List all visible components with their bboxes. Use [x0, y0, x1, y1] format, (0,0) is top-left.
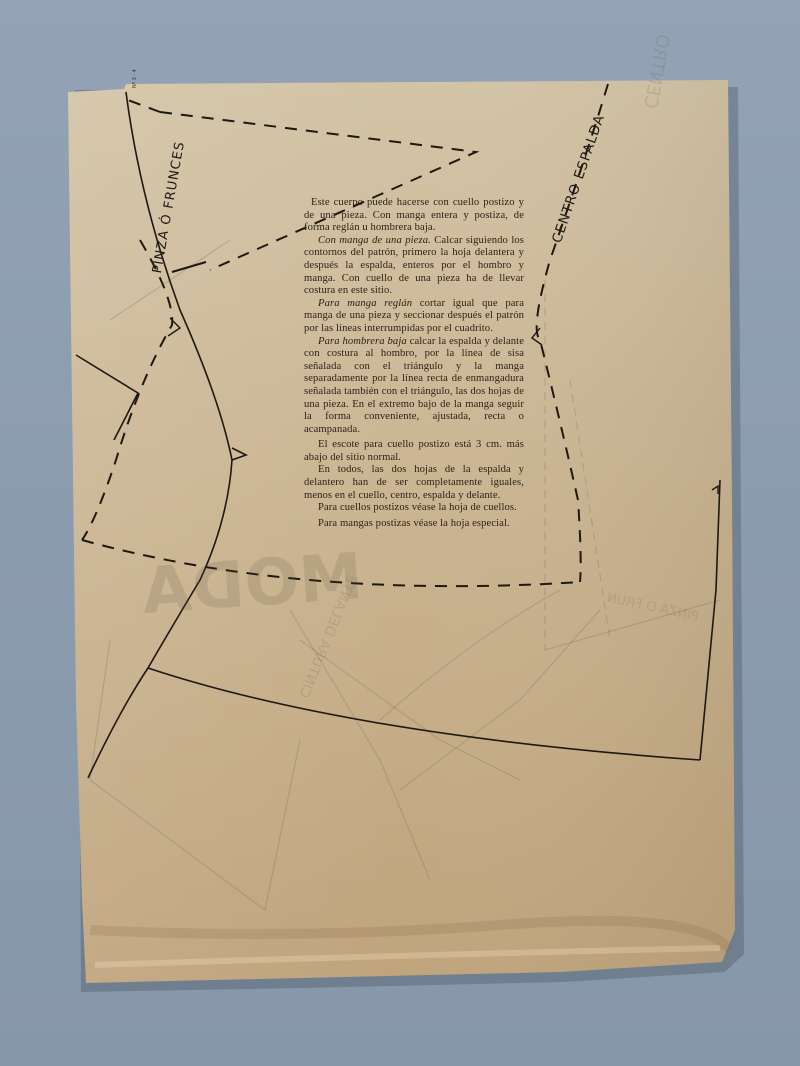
instruction-paragraph: Para hombrera baja calcar la espalda y d…	[304, 336, 524, 437]
corner-tag: Nº 3 · 4	[132, 69, 138, 88]
instruction-heading: Para manga reglán	[318, 298, 412, 309]
instruction-paragraph: Para mangas postizas véase la hoja espec…	[304, 518, 524, 531]
instructions-text: Este cuerpo puede hacerse con cuello pos…	[304, 197, 524, 530]
pattern-drawing	[0, 0, 800, 1066]
instruction-paragraph: El escote para cuello postizo está 3 cm.…	[304, 439, 524, 464]
pattern-sheet: MODA CINTURA DELANTE PINZA O FRUN CENTRO…	[0, 0, 800, 1066]
instruction-paragraph: Con manga de una pieza. Calcar siguiendo…	[304, 235, 524, 298]
instruction-heading: Con manga de una pieza.	[318, 235, 431, 246]
instruction-paragraph: Este cuerpo puede hacerse con cuello pos…	[304, 197, 524, 235]
instruction-heading: Para hombrera baja	[318, 336, 407, 347]
instruction-paragraph: Para manga reglán cortar igual que para …	[304, 298, 524, 336]
instruction-paragraph: En todos, las dos hojas de la espalda y …	[304, 464, 524, 502]
instruction-paragraph: Para cuellos postizos véase la hoja de c…	[304, 502, 524, 515]
instruction-body: calcar la espalda y delante con costura …	[304, 336, 524, 435]
